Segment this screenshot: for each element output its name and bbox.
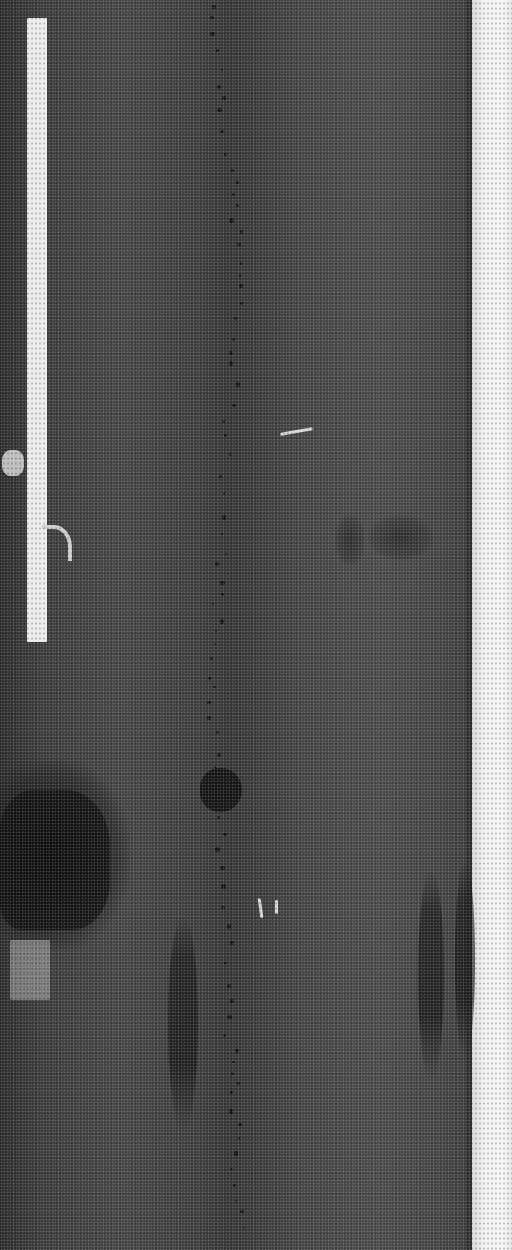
- drip: [239, 274, 241, 276]
- drip: [240, 302, 243, 305]
- drip: [234, 317, 237, 320]
- drip: [210, 657, 213, 660]
- drip: [227, 1015, 232, 1020]
- drip: [230, 1168, 232, 1170]
- drip: [215, 799, 217, 801]
- drip: [221, 906, 224, 909]
- drip: [223, 1034, 226, 1037]
- road-marking-fragment: [258, 898, 264, 918]
- drip: [221, 593, 224, 596]
- drip: [229, 361, 233, 365]
- drip: [230, 941, 234, 945]
- drip: [221, 533, 223, 535]
- drip: [240, 230, 243, 233]
- drip: [207, 701, 210, 704]
- drip: [227, 924, 232, 929]
- drip: [210, 32, 215, 37]
- drip: [232, 404, 236, 408]
- drip: [221, 69, 223, 71]
- drip: [230, 999, 234, 1003]
- drip: [215, 847, 220, 852]
- tire-mark-right-a: [418, 870, 444, 1080]
- drip: [220, 619, 225, 624]
- drip: [232, 1061, 235, 1064]
- drip: [229, 453, 232, 456]
- drip: [212, 603, 214, 605]
- debris-patch: [10, 940, 50, 1000]
- drip: [237, 243, 240, 246]
- oil-drop: [200, 768, 242, 812]
- drip: [215, 630, 217, 632]
- drip: [224, 434, 227, 437]
- drip: [229, 351, 233, 355]
- drip: [235, 1049, 239, 1053]
- drip: [220, 581, 225, 586]
- drip: [217, 108, 222, 113]
- drip: [231, 169, 234, 172]
- drip: [216, 731, 219, 734]
- road-marking-fragment: [280, 427, 313, 436]
- smudge: [368, 515, 433, 560]
- drip: [223, 492, 225, 494]
- debris-curve: [42, 525, 72, 561]
- large-oil-stain-core: [0, 790, 110, 930]
- drip: [233, 1184, 236, 1187]
- tire-mark-left: [168, 915, 198, 1130]
- drip: [210, 16, 213, 19]
- drip: [243, 1227, 245, 1229]
- drip: [208, 677, 210, 679]
- drip: [232, 338, 235, 341]
- drip: [224, 962, 226, 964]
- drip: [240, 262, 242, 264]
- drip: [213, 686, 215, 688]
- drip: [236, 382, 241, 387]
- drip: [237, 1082, 241, 1086]
- drip: [239, 284, 243, 288]
- drip: [223, 833, 227, 837]
- drip: [236, 181, 239, 184]
- drip: [221, 884, 226, 889]
- drip: [230, 1091, 233, 1094]
- drip: [219, 475, 222, 478]
- drip: [207, 716, 211, 720]
- drip: [222, 420, 225, 423]
- drip: [216, 49, 219, 52]
- drip: [214, 766, 216, 768]
- drip: [212, 5, 216, 9]
- drip: [215, 562, 219, 566]
- drip: [211, 787, 213, 789]
- drip: [227, 984, 231, 988]
- drip: [225, 553, 228, 556]
- drip: [235, 1200, 237, 1202]
- drip: [220, 130, 223, 133]
- drip: [217, 85, 221, 89]
- drip: [231, 1072, 234, 1075]
- drip: [224, 153, 227, 156]
- debris: [2, 450, 24, 476]
- road-marking-fragment: [275, 900, 278, 914]
- tire-mark-right-b: [455, 860, 475, 1060]
- drip: [238, 1137, 241, 1140]
- drip: [214, 643, 216, 645]
- drip: [238, 1123, 242, 1127]
- drip: [217, 753, 221, 757]
- drip: [232, 193, 235, 196]
- smudge: [335, 515, 365, 565]
- drip: [229, 1109, 233, 1113]
- drip: [234, 1151, 239, 1156]
- drip: [236, 204, 239, 207]
- road-aerial-image: [0, 0, 512, 1250]
- drip: [229, 218, 234, 223]
- drip: [240, 1210, 243, 1213]
- drip: [222, 515, 227, 520]
- curb-sidewalk: [472, 0, 512, 1250]
- drip: [217, 816, 220, 819]
- drip: [220, 866, 225, 871]
- drip: [222, 96, 225, 99]
